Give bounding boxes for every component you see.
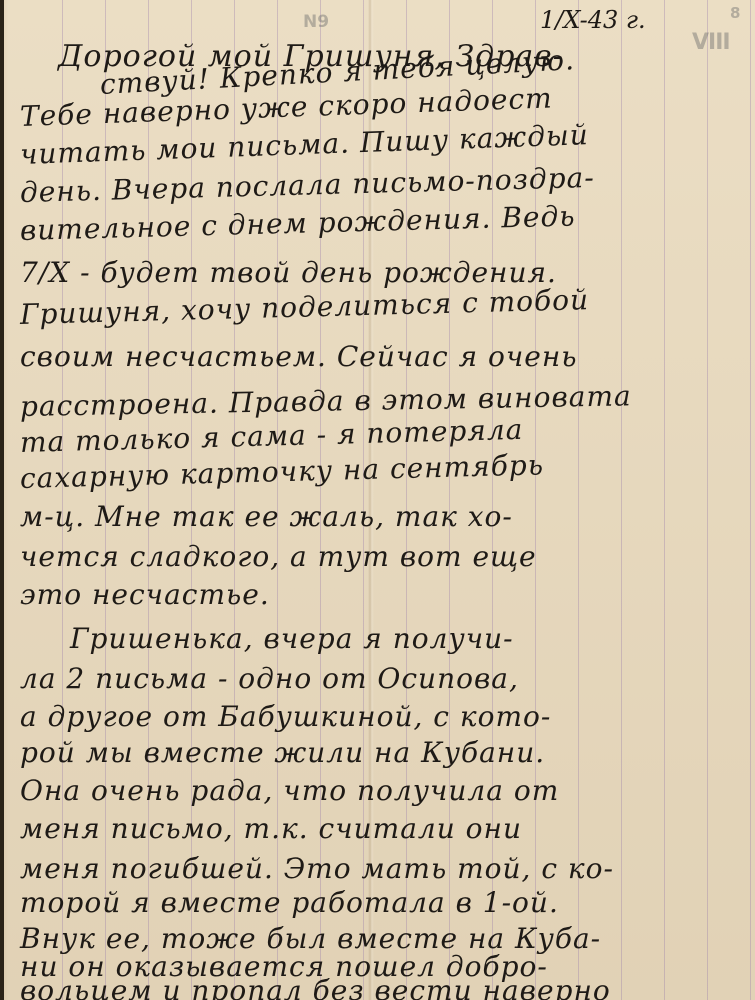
letter-line: м-ц. Мне так ее жаль, так хо-: [20, 500, 749, 534]
letter-page: N9 8 VIII 1/X-43 г. Дорогой мой Гришуня,…: [0, 0, 755, 1000]
letter-line: а другое от Бабушкиной, с кото-: [20, 700, 749, 734]
letter-line: своим несчастьем. Сейчас я очень: [20, 340, 749, 374]
letter-line: чется сладкого, а тут вот еще: [20, 540, 749, 574]
letter-line: меня письмо, т.к. считали они: [20, 812, 749, 846]
archive-number-stamp: N9: [303, 12, 329, 32]
paper-edge-shadow: [0, 0, 4, 1000]
letter-line: ла 2 письма - одно от Осипова,: [20, 662, 749, 696]
letter-line: это несчастье.: [20, 578, 749, 612]
letter-date: 1/X-43 г.: [540, 6, 646, 34]
letter-line: Гришенька, вчера я получи-: [70, 622, 749, 656]
letter-line: рой мы вместе жили на Кубани.: [20, 736, 749, 770]
letter-line: меня погибшей. Это мать той, с ко-: [20, 852, 749, 886]
letter-line: торой я вместе работала в 1-ой.: [20, 886, 749, 920]
letter-line: Она очень рада, что получила от: [20, 774, 749, 808]
corner-number-stamp: 8: [730, 4, 740, 22]
letter-line: вольцем и пропал без вести наверно: [20, 974, 749, 1000]
